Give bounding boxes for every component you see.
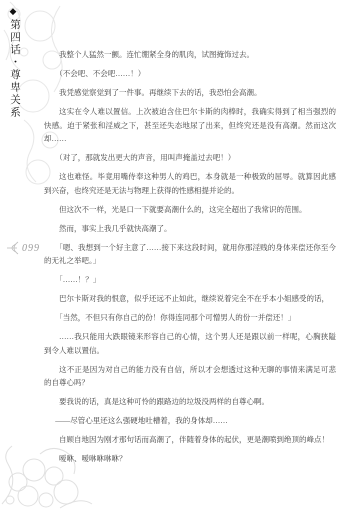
chapter-title: 第四话・尊卑关系 xyxy=(9,19,20,119)
paragraph: 自顾自地因为刚才那句话而高潮了，伴随着身体的起伏，更是潮喷到绝顶的峰点！ xyxy=(44,433,336,447)
chapter-sidebar: ◆第四话・尊卑关系 xyxy=(7,7,22,217)
paragraph: 但这次不一样，光是口一下就要高潮什么的，这完全超出了我常识的范围。 xyxy=(44,203,336,217)
paragraph: 这也难怪。毕竟用嘴侍奉这种男人的鸡巴，本身就是一种极致的屈辱。就算因此感到兴奋，… xyxy=(44,170,336,197)
page-number-block: 099 xyxy=(6,240,40,256)
paragraph: 嗳咻、嗳咻咻咻咻？ xyxy=(44,452,336,466)
paragraph: 然而，事实上我几乎就快高潮了。 xyxy=(44,222,336,236)
paragraph: 这不正是因为对自己的能力没有自信，所以才会想透过这种无聊的事情来满足可悲的自尊心… xyxy=(44,363,336,390)
paragraph: 「嗯、我想到一个好主意了……接下来这段时间，就用你那淫贱的身体来偿还你至今的无礼… xyxy=(44,241,336,268)
paragraph: 要我说的话，真是这种可怜的跟路边的垃圾没两样的自尊心啊。 xyxy=(44,395,336,409)
page-number: 099 xyxy=(22,243,40,254)
paragraph: ……我只能用大跌眼镜来形容自己的心情，这个男人还是跟以前一样呢，心胸狭隘到令人难… xyxy=(44,330,336,357)
paragraph: ——尽管心里还这么强硬地吐槽着，我的身体却…… xyxy=(44,414,336,428)
paragraph: 这实在令人难以置信。上次被迫含住巴尔卡斯的肉棒时，我确实得到了相当强烈的快感。迫… xyxy=(44,105,336,146)
diamond-icon: ◆ xyxy=(9,7,19,19)
paragraph: 我凭感觉察觉到了一件事。再继续下去的话，我恐怕会高潮。 xyxy=(44,86,336,100)
paragraph: 巴尔卡斯对我的恨意，似乎还远不止如此，继续说着完全不在乎本小姐感受的话， xyxy=(44,292,336,306)
paragraph: （不会吧、不会吧……！） xyxy=(44,67,336,81)
paragraph: 我整个人猛然一颤。连忙绷紧全身的肌肉，试图掩饰过去。 xyxy=(44,48,336,62)
leaf-flourish-icon xyxy=(6,240,20,256)
paragraph: 「……！？」 xyxy=(44,273,336,287)
paragraph: 「当然，不但只有你自己的份！你得连同那个可憎男人的份一并偿还！」 xyxy=(44,311,336,325)
paragraph: （对了，那就发出更大的声音，用叫声掩盖过去吧！） xyxy=(44,151,336,165)
novel-text-block: 我整个人猛然一颤。连忙绷紧全身的肌肉，试图掩饰过去。（不会吧、不会吧……！）我凭… xyxy=(44,48,336,471)
novel-page: ◆第四话・尊卑关系 099 我整个人猛然一颤。连忙绷紧全身的肌肉，试图掩饰过去。… xyxy=(0,0,360,509)
